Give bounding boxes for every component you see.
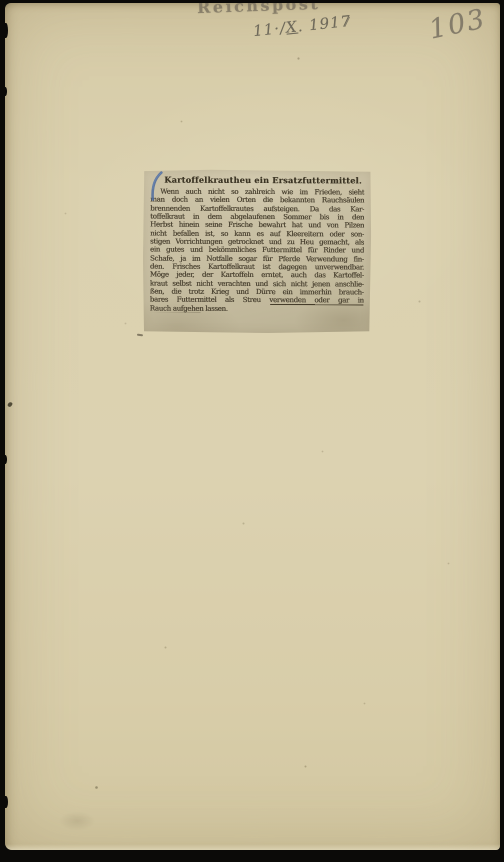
page-edge-notch — [5, 796, 8, 808]
date-year: . 1917 — [297, 12, 352, 36]
ink-speck — [7, 401, 13, 407]
page-edge-notch — [5, 455, 7, 464]
blue-pencil-mark-icon — [148, 171, 163, 203]
page-edge-notch — [5, 23, 8, 38]
clipping-body: Wenn auch nicht so zahlreich wie im Frie… — [150, 188, 365, 314]
photo-background: Reichspost 11·/X. 1917 103 Kartoffelkrau… — [0, 0, 504, 862]
underlined-text: Rauch aufgehen lassen. — [150, 304, 228, 312]
handwritten-page-number: 103 — [426, 3, 489, 45]
clipping-title: Kartoffelkrautheu ein Ersatzfuttermittel… — [164, 175, 365, 186]
newspaper-clipping: Kartoffelkrautheu ein Ersatzfuttermittel… — [143, 170, 372, 334]
underlined-text: verwenden oder gar in — [269, 297, 364, 305]
reichspost-stamp: Reichspost — [197, 3, 321, 17]
pencil-mark — [137, 334, 143, 336]
album-page: Reichspost 11·/X. 1917 103 Kartoffelkrau… — [5, 3, 500, 850]
date-day: 11·/ — [252, 19, 287, 40]
clipping-text-line: Rauch aufgehen lassen. — [150, 304, 364, 313]
paper-texture — [5, 3, 6, 4]
page-edge-notch — [5, 87, 7, 96]
handwritten-date: 11·/X. 1917 — [252, 12, 352, 40]
